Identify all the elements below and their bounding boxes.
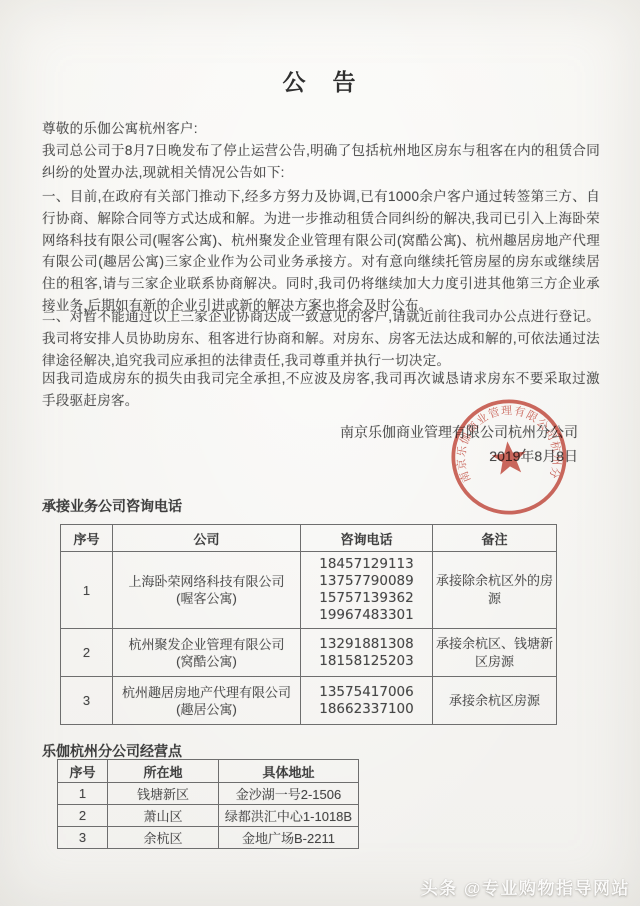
office-location-table: 序号所在地具体地址 1钱塘新区金沙湖一号2-15062萧山区绿都洪汇中心1-10… xyxy=(57,759,359,849)
company-cell: 上海卧荣网络科技有限公司(喔客公寓) xyxy=(113,552,301,629)
contact-table-row: 1上海卧荣网络科技有限公司(喔客公寓)184571291131375779008… xyxy=(61,552,557,629)
serial-cell: 3 xyxy=(58,827,108,849)
company-cell: 杭州聚发企业管理有限公司(窝酷公寓) xyxy=(113,629,301,677)
cell-line: 上海卧荣网络科技有限公司 xyxy=(116,573,297,590)
cell-line: 杭州聚发企业管理有限公司 xyxy=(116,636,297,653)
cell-line: (窝酷公寓) xyxy=(116,653,297,670)
phone-cell: 1329188130818158125203 xyxy=(301,629,433,677)
cell-line: 18158125203 xyxy=(304,653,429,670)
cell-line: 15757139362 xyxy=(304,590,429,607)
table-header-cell: 序号 xyxy=(58,760,108,783)
contact-table-row: 3杭州趣居房地产代理有限公司(趣居公寓)13575417006186623371… xyxy=(61,677,557,725)
cell-line: 18662337100 xyxy=(304,701,429,718)
phone-cell: 1845712911313757790089157571393621996748… xyxy=(301,552,433,629)
table-header-cell: 咨询电话 xyxy=(301,525,433,552)
table-header-cell: 公司 xyxy=(113,525,301,552)
cell-line: 18457129113 xyxy=(304,556,429,573)
signature-date: 2019年8月8日 xyxy=(158,444,578,468)
table-header-cell: 序号 xyxy=(61,525,113,552)
paragraph-two: 二、对暂不能通过以上三家企业协商达成一致意见的客户,请就近前往我司办公点进行登记… xyxy=(42,306,600,371)
serial-cell: 2 xyxy=(58,805,108,827)
contact-phone-table: 序号公司咨询电话备注 1上海卧荣网络科技有限公司(喔客公寓)1845712911… xyxy=(60,524,557,725)
phone-cell: 1357541700618662337100 xyxy=(301,677,433,725)
serial-cell: 2 xyxy=(61,629,113,677)
cell-line: 19967483301 xyxy=(304,607,429,624)
greeting-line: 尊敬的乐伽公寓杭州客户: xyxy=(42,118,600,140)
paragraph-one: 一、目前,在政府有关部门推动下,经多方努力及协调,已有1000余户客户通过转签第… xyxy=(42,186,600,317)
contact-table-header-row: 序号公司咨询电话备注 xyxy=(61,525,557,552)
table-header-cell: 具体地址 xyxy=(219,760,359,783)
table-header-cell: 所在地 xyxy=(108,760,219,783)
paragraph-three: 因我司造成房东的损失由我司完全承担,不应波及房客,我司再次诚恳请求房东不要采取过… xyxy=(42,368,600,412)
address-cell: 绿都洪汇中心1-1018B xyxy=(219,805,359,827)
table-header-cell: 备注 xyxy=(433,525,557,552)
office-table-title: 乐伽杭州分公司经营点 xyxy=(42,741,182,761)
note-cell: 承接余杭区房源 xyxy=(433,677,557,725)
cell-line: 杭州趣居房地产代理有限公司 xyxy=(116,684,297,701)
cell-line: 13575417006 xyxy=(304,684,429,701)
company-signature: 南京乐伽商业管理有限公司杭州分公司 xyxy=(158,420,578,444)
address-cell: 金沙湖一号2-1506 xyxy=(219,783,359,805)
address-cell: 金地广场B-2211 xyxy=(219,827,359,849)
note-cell: 承接除余杭区外的房源 xyxy=(433,552,557,629)
office-table-row: 2萧山区绿都洪汇中心1-1018B xyxy=(58,805,359,827)
district-cell: 钱塘新区 xyxy=(108,783,219,805)
district-cell: 萧山区 xyxy=(108,805,219,827)
district-cell: 余杭区 xyxy=(108,827,219,849)
office-table-row: 3余杭区金地广场B-2211 xyxy=(58,827,359,849)
serial-cell: 1 xyxy=(58,783,108,805)
cell-line: 13291881308 xyxy=(304,636,429,653)
toutiao-watermark: 头条 @专业购物指导网站 xyxy=(421,874,630,899)
serial-cell: 1 xyxy=(61,552,113,629)
cell-line: 13757790089 xyxy=(304,573,429,590)
announcement-document: 公 告 尊敬的乐伽公寓杭州客户: 我司总公司于8月7日晚发布了停止运营公告,明确… xyxy=(0,0,640,906)
office-table-header-row: 序号所在地具体地址 xyxy=(58,760,359,783)
cell-line: (喔客公寓) xyxy=(116,590,297,607)
note-cell: 承接余杭区、钱塘新区房源 xyxy=(433,629,557,677)
company-cell: 杭州趣居房地产代理有限公司(趣居公寓) xyxy=(113,677,301,725)
intro-paragraph: 我司总公司于8月7日晚发布了停止运营公告,明确了包括杭州地区房东与租客在内的租赁… xyxy=(42,140,600,184)
signature-block: 南京乐伽商业管理有限公司杭州分公司 2019年8月8日 xyxy=(158,420,578,468)
cell-line: (趣居公寓) xyxy=(116,701,297,718)
serial-cell: 3 xyxy=(61,677,113,725)
page-title: 公 告 xyxy=(0,64,640,97)
contact-table-row: 2杭州聚发企业管理有限公司(窝酷公寓)132918813081815812520… xyxy=(61,629,557,677)
office-table-row: 1钱塘新区金沙湖一号2-1506 xyxy=(58,783,359,805)
contact-table-title: 承接业务公司咨询电话 xyxy=(42,496,182,516)
